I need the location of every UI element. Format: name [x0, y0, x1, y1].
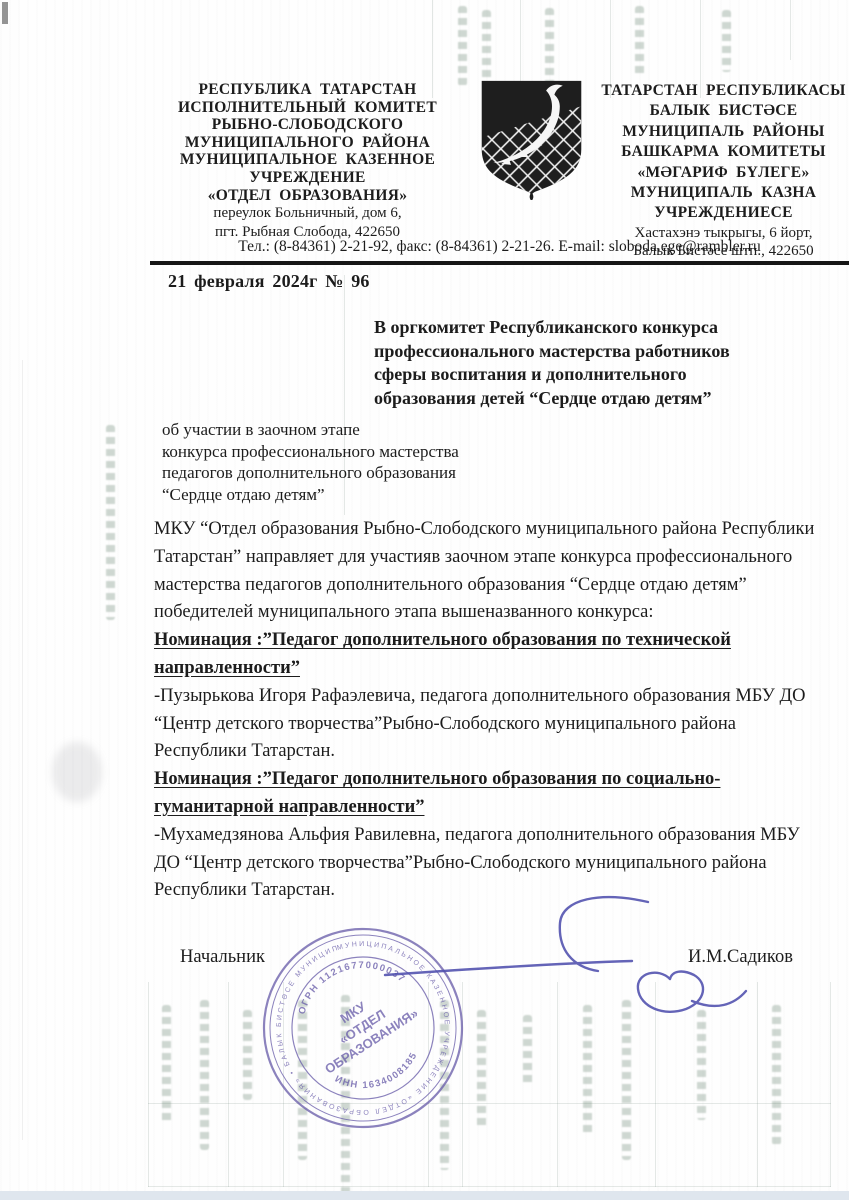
org-name-line: «ОТДЕЛ ОБРАЗОВАНИЯ» — [150, 187, 465, 205]
nomination-title-social: Номинация :”Педагог дополнительного обра… — [154, 766, 816, 822]
header-divider-rule — [150, 261, 849, 265]
subject-block: об участии в заочном этапе конкурса проф… — [162, 419, 582, 506]
letterhead-right-tatar: ТАТАРСТАН РЕСПУБЛИКАСЫ БАЛЫК БИСТӘСЕ МУН… — [598, 81, 849, 261]
handwritten-signature — [370, 875, 830, 1065]
org-name-line: БАЛЫК БИСТӘСЕ — [598, 101, 849, 121]
letter-body: МКУ “Отдел образования Рыбно-Слободского… — [154, 516, 816, 905]
org-name-line: БАШКАРМА КОМИТЕТЫ — [598, 142, 849, 162]
org-name-line: РЫБНО-СЛОБОДСКОГО — [150, 116, 465, 134]
addressee-line: сферы воспитания и дополнительного — [374, 363, 829, 387]
date-and-number: 21 февраля 2024г № 96 — [168, 271, 370, 292]
letterhead-left-russian: РЕСПУБЛИКА ТАТАРСТАН ИСПОЛНИТЕЛЬНЫЙ КОМИ… — [150, 81, 465, 241]
subject-line: педагогов дополнительного образования — [162, 462, 582, 484]
scanned-letter-page: РЕСПУБЛИКА ТАТАРСТАН ИСПОЛНИТЕЛЬНЫЙ КОМИ… — [0, 0, 849, 1200]
scan-fold-line — [22, 360, 23, 1140]
org-name-line: МУНИЦИПАЛЬНОЕ КАЗЕННОЕ — [150, 151, 465, 169]
org-name-line: УЧРЕЖДЕНИЕ — [150, 169, 465, 187]
scan-corner-mark — [2, 2, 8, 24]
bleed-through-left-text — [106, 425, 115, 620]
nomination-title-technical: Номинация :”Педагог дополнительного обра… — [154, 627, 816, 683]
addressee-line: профессионального мастерства работников — [374, 340, 829, 364]
signer-position: Начальник — [180, 947, 265, 968]
scan-smudge — [52, 742, 102, 802]
addressee-line: образования детей “Сердце отдаю детям” — [374, 387, 829, 411]
org-name-line: ИСПОЛНИТЕЛЬНЫЙ КОМИТЕТ — [150, 99, 465, 117]
addressee-block: В оргкомитет Республиканского конкурса п… — [374, 316, 829, 410]
subject-line: об участии в заочном этапе — [162, 419, 582, 441]
coat-of-arms-emblem — [471, 77, 592, 200]
scanner-edge-strip — [0, 1191, 849, 1200]
org-name-line: МУНИЦИПАЛЬ КАЗНА — [598, 183, 849, 203]
org-address-line: переулок Больничный, дом 6, — [150, 204, 465, 223]
nomination-text-technical: -Пузырькова Игоря Рафаэлевича, педагога … — [154, 683, 816, 766]
contact-line: Тел.: (8-84361) 2-21-92, факс: (8-84361)… — [150, 238, 849, 256]
subject-line: “Сердце отдаю детям” — [162, 484, 582, 506]
org-name-line: РЕСПУБЛИКА ТАТАРСТАН — [150, 81, 465, 99]
org-name-line: МУНИЦИПАЛЬ РАЙОНЫ — [598, 122, 849, 142]
addressee-line: В оргкомитет Республиканского конкурса — [374, 316, 829, 340]
org-name-line: УЧРЕЖДЕНИЕСЕ — [598, 203, 849, 223]
body-paragraph: МКУ “Отдел образования Рыбно-Слободского… — [154, 516, 816, 627]
org-name-line: ТАТАРСТАН РЕСПУБЛИКАСЫ — [598, 81, 849, 101]
subject-line: конкурса профессионального мастерства — [162, 441, 582, 463]
org-name-line: «МӘГАРИФ БҮЛЕГЕ» — [598, 163, 849, 183]
org-name-line: МУНИЦИПАЛЬНОГО РАЙОНА — [150, 134, 465, 152]
